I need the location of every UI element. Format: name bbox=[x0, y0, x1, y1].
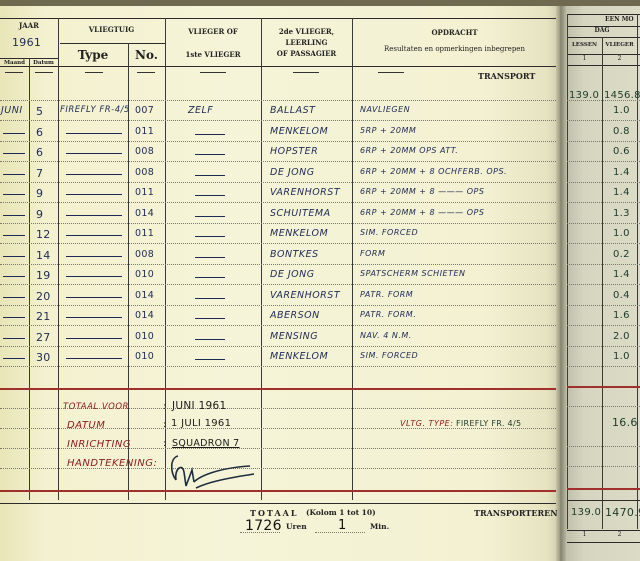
entry-month-ditto bbox=[3, 174, 25, 175]
entry-mission: PATR. FORM. bbox=[360, 310, 416, 319]
row-rule bbox=[567, 366, 640, 367]
entry-mission: 6RP + 20mm + 8 ochferb. ops. bbox=[360, 167, 507, 176]
date-summary-value: 1 JULI 1961 bbox=[171, 418, 231, 429]
header-dash bbox=[5, 72, 23, 73]
colon: : bbox=[163, 439, 167, 449]
total-for-value: JUNI 1961 bbox=[172, 400, 227, 412]
right-col-left-edge bbox=[567, 14, 568, 529]
transport-label: TRANSPORT bbox=[478, 71, 535, 81]
entry-mission: 5RP + 20mm bbox=[360, 126, 416, 135]
entry-type-ditto bbox=[66, 317, 122, 318]
lessons-label: LESSEN bbox=[567, 42, 602, 48]
row-rule bbox=[567, 325, 640, 326]
entry-pilot-ditto bbox=[195, 175, 225, 176]
entry-pilot-hours: 2.0 bbox=[613, 331, 630, 342]
entry-date: 21 bbox=[36, 310, 51, 323]
entry-second-pilot: DE JONG bbox=[270, 167, 315, 178]
row-rule bbox=[0, 325, 556, 326]
type-label: Type bbox=[58, 49, 128, 63]
colon: : bbox=[163, 420, 167, 430]
entry-type-ditto bbox=[66, 338, 122, 339]
entry-date: 6 bbox=[36, 146, 43, 159]
unit-label: INRICHTING bbox=[67, 439, 131, 450]
row-rule bbox=[0, 141, 556, 142]
pilot-hours-label: VLIEGER bbox=[602, 42, 637, 48]
entry-aircraft-no: 011 bbox=[135, 228, 154, 239]
entry-second-pilot: BALLAST bbox=[270, 105, 315, 116]
no-label: No. bbox=[128, 49, 165, 63]
entry-aircraft-no: 011 bbox=[135, 126, 154, 137]
carry-lessons-value: 139.0 bbox=[571, 507, 601, 518]
header-dash bbox=[378, 72, 404, 73]
entry-pilot-hours: 0.8 bbox=[613, 126, 630, 137]
entry-pilot: ZELF bbox=[188, 105, 213, 116]
summary-dotted-rule bbox=[567, 406, 640, 407]
entry-pilot-ditto bbox=[195, 257, 225, 258]
entry-type-ditto bbox=[66, 174, 122, 175]
entry-pilot-ditto bbox=[195, 298, 225, 299]
signature-label: HANDTEKENING: bbox=[67, 458, 157, 469]
row-rule bbox=[0, 284, 556, 285]
entry-aircraft-no: 014 bbox=[135, 208, 154, 219]
right-header-rule bbox=[567, 54, 640, 55]
right-footer-rule bbox=[567, 500, 640, 501]
pilot-label-1: VLIEGER OF bbox=[165, 28, 261, 36]
entry-date: 5 bbox=[36, 105, 43, 118]
entry-aircraft-no: 008 bbox=[135, 249, 154, 260]
header-dash bbox=[137, 72, 155, 73]
row-rule bbox=[0, 223, 556, 224]
entry-pilot-hours: 1.4 bbox=[613, 187, 630, 198]
mission-sublabel: Resultaten en opmerkingen inbegrepen bbox=[352, 45, 557, 53]
entry-type-ditto bbox=[66, 215, 122, 216]
logbook-right-page bbox=[560, 4, 640, 561]
entry-second-pilot: VARENHORST bbox=[270, 290, 340, 301]
entry-second-pilot: BONTKES bbox=[270, 249, 319, 260]
row-rule bbox=[567, 120, 640, 121]
row-rule bbox=[567, 182, 640, 183]
entry-second-pilot: MENKELOM bbox=[270, 126, 328, 137]
entry-month: JUNI bbox=[1, 105, 23, 116]
colon: : bbox=[163, 402, 167, 412]
total-for-label: TOTAAL VOOR bbox=[63, 402, 129, 412]
entry-pilot-ditto bbox=[195, 236, 225, 237]
header-bottom-rule bbox=[0, 66, 556, 67]
total-label: TOTAAL bbox=[250, 508, 298, 518]
entry-second-pilot: SCHUITEMA bbox=[270, 208, 331, 219]
entry-month-ditto bbox=[3, 338, 25, 339]
entry-second-pilot: HOPSTER bbox=[270, 146, 318, 157]
total-hours-value: 1726 bbox=[245, 518, 282, 534]
row-rule bbox=[567, 305, 640, 306]
summary-top-rule-right bbox=[567, 386, 640, 388]
footer-col1-number: 1 bbox=[567, 532, 602, 539]
entry-second-pilot: DE JONG bbox=[270, 269, 315, 280]
entry-pilot-hours: 0.6 bbox=[613, 146, 630, 157]
entry-aircraft-no: 014 bbox=[135, 290, 154, 301]
year-value: 1961 bbox=[12, 36, 41, 49]
entry-pilot-ditto bbox=[195, 154, 225, 155]
header-dash bbox=[35, 72, 53, 73]
entry-month-ditto bbox=[3, 133, 25, 134]
date-summary-label: DATUM bbox=[67, 420, 105, 431]
entry-second-pilot: ABERSON bbox=[270, 310, 320, 321]
entry-month-ditto bbox=[3, 215, 25, 216]
row-rule bbox=[0, 305, 556, 306]
row-rule bbox=[0, 366, 556, 367]
entry-month-ditto bbox=[3, 256, 25, 257]
entry-date: 14 bbox=[36, 249, 51, 262]
right-footer-rule bbox=[567, 530, 640, 531]
entry-aircraft-no: 014 bbox=[135, 310, 154, 321]
entry-pilot-ditto bbox=[195, 359, 225, 360]
footer-col2-number: 2 bbox=[602, 532, 637, 539]
entry-type-ditto bbox=[66, 133, 122, 134]
entry-second-pilot: MENKELOM bbox=[270, 351, 328, 362]
page-top-edge bbox=[0, 0, 640, 6]
aircraft-label: VLIEGTUIG bbox=[58, 26, 165, 34]
entry-pilot-hours: 1.3 bbox=[613, 208, 630, 219]
row-rule bbox=[0, 120, 556, 121]
entry-pilot-ditto bbox=[195, 216, 225, 217]
date-label: Datum bbox=[29, 60, 58, 66]
entry-pilot-hours: 0.4 bbox=[613, 290, 630, 301]
row-rule bbox=[0, 346, 556, 347]
entry-mission: FORM bbox=[360, 249, 385, 258]
book-spine bbox=[556, 0, 566, 561]
entry-pilot-hours: 0.2 bbox=[613, 249, 630, 260]
entry-date: 30 bbox=[36, 351, 51, 364]
entry-mission: 6RP + 20mm + 8 ——— ops bbox=[360, 208, 484, 217]
row-rule bbox=[0, 100, 556, 101]
col2-number: 2 bbox=[602, 56, 637, 63]
entry-month-ditto bbox=[3, 235, 25, 236]
entry-pilot-ditto bbox=[195, 318, 225, 319]
entry-aircraft-no: 008 bbox=[135, 146, 154, 157]
right-footer-rule bbox=[567, 542, 640, 543]
entry-month-ditto bbox=[3, 297, 25, 298]
entry-pilot-ditto bbox=[195, 134, 225, 135]
row-rule bbox=[0, 161, 556, 162]
entry-aircraft-no: 010 bbox=[135, 269, 154, 280]
entry-pilot-hours: 1.0 bbox=[613, 351, 630, 362]
entry-mission: 6RP + 20mm + 8 ——— ops bbox=[360, 187, 484, 196]
entry-mission: SIM. FORCED bbox=[360, 228, 418, 237]
row-rule bbox=[567, 161, 640, 162]
summary-bottom-rule bbox=[0, 490, 556, 492]
row-rule bbox=[567, 141, 640, 142]
day-label: DAG bbox=[567, 28, 637, 35]
aircraft-type-label: VLTG. TYPE: bbox=[400, 419, 453, 428]
entry-type-ditto bbox=[66, 153, 122, 154]
minutes-label: Min. bbox=[370, 522, 389, 531]
header-dash bbox=[293, 72, 319, 73]
col-divider-month bbox=[29, 58, 30, 500]
right-header-top-rule bbox=[567, 14, 640, 15]
entry-mission: NAVLIEGEN bbox=[360, 105, 410, 114]
entry-aircraft-no: 010 bbox=[135, 331, 154, 342]
entry-pilot-hours: 1.4 bbox=[613, 269, 630, 280]
entry-mission: SPATSCHERM SCHIETEN bbox=[360, 269, 466, 278]
entry-date: 6 bbox=[36, 126, 43, 139]
aircraft-subheader-rule bbox=[60, 43, 165, 44]
entry-date: 9 bbox=[36, 208, 43, 221]
summary-dotted-rule bbox=[567, 446, 640, 447]
row-rule bbox=[567, 100, 640, 101]
right-header-bottom-rule bbox=[567, 65, 640, 66]
summary-bottom-rule-right bbox=[567, 488, 640, 490]
footer-rule bbox=[0, 503, 556, 504]
entry-aircraft-no: 011 bbox=[135, 187, 154, 198]
carry-forward-label: TRANSPORTEREN bbox=[474, 508, 558, 518]
entry-month-ditto bbox=[3, 358, 25, 359]
pilot-label-2: 1ste VLIEGER bbox=[165, 51, 261, 59]
header-dash bbox=[85, 72, 103, 73]
entry-date: 9 bbox=[36, 187, 43, 200]
carry-pilot-value: 1470.9 bbox=[605, 506, 640, 519]
total-sublabel: (Kolom 1 tot 10) bbox=[306, 508, 376, 517]
entry-second-pilot: MENKELOM bbox=[270, 228, 328, 239]
entry-aircraft-no: 010 bbox=[135, 351, 154, 362]
aircraft-type-value: FIREFLY FR. 4/5 bbox=[456, 419, 521, 428]
row-rule bbox=[567, 243, 640, 244]
row-rule bbox=[567, 264, 640, 265]
entry-mission: 6RP + 20mm ops att. bbox=[360, 146, 458, 155]
entry-aircraft-no: 008 bbox=[135, 167, 154, 178]
entry-second-pilot: MENSING bbox=[270, 331, 318, 342]
entry-month-ditto bbox=[3, 153, 25, 154]
entry-mission: NAV. 4 n.m. bbox=[360, 331, 412, 340]
header-top-rule bbox=[0, 18, 556, 19]
entry-pilot-ditto bbox=[195, 277, 225, 278]
entry-type-ditto bbox=[66, 297, 122, 298]
entry-date: 19 bbox=[36, 269, 51, 282]
entry-month-ditto bbox=[3, 276, 25, 277]
entry-mission: PATR. FORM bbox=[360, 290, 413, 299]
total-minutes-value: 1 bbox=[338, 518, 347, 533]
entry-type-ditto bbox=[66, 235, 122, 236]
entry-date: 7 bbox=[36, 167, 43, 180]
col1-number: 1 bbox=[567, 56, 602, 63]
entry-pilot-ditto bbox=[195, 195, 225, 196]
right-header-rule bbox=[567, 37, 640, 38]
hours-label: Uren bbox=[286, 522, 307, 531]
entry-pilot-ditto bbox=[195, 339, 225, 340]
summary-top-rule bbox=[0, 388, 556, 390]
header-dash bbox=[200, 72, 226, 73]
second-pilot-label-2: LEERLING bbox=[261, 39, 352, 47]
row-rule bbox=[0, 182, 556, 183]
entry-pilot-hours: 1.6 bbox=[613, 310, 630, 321]
mission-label: OPDRACHT bbox=[352, 29, 557, 37]
right-group-label: EEN MO bbox=[605, 17, 640, 24]
entry-pilot-hours: 1.0 bbox=[613, 228, 630, 239]
row-rule bbox=[0, 202, 556, 203]
entry-mission: SIM. FORCED bbox=[360, 351, 418, 360]
second-pilot-label-3: OF PASSAGIER bbox=[261, 50, 352, 58]
entry-type-ditto bbox=[66, 256, 122, 257]
signature-icon bbox=[168, 452, 258, 492]
logbook-left-page bbox=[0, 0, 570, 561]
second-pilot-label-1: 2de VLIEGER, bbox=[261, 28, 352, 36]
summary-dotted-rule bbox=[567, 466, 640, 467]
entry-date: 27 bbox=[36, 331, 51, 344]
entry-aircraft-type: FIREFLY FR-4/5 bbox=[60, 105, 130, 115]
row-rule bbox=[0, 264, 556, 265]
entry-date: 12 bbox=[36, 228, 51, 241]
row-rule bbox=[567, 223, 640, 224]
entry-aircraft-no: 007 bbox=[135, 105, 154, 116]
entry-month-ditto bbox=[3, 194, 25, 195]
month-label: Maand bbox=[0, 60, 29, 66]
entry-month-ditto bbox=[3, 317, 25, 318]
entry-type-ditto bbox=[66, 194, 122, 195]
year-label: JAAR bbox=[0, 22, 58, 30]
row-rule bbox=[567, 346, 640, 347]
row-rule bbox=[567, 284, 640, 285]
entry-second-pilot: VARENHORST bbox=[270, 187, 340, 198]
entry-type-ditto bbox=[66, 358, 122, 359]
row-rule bbox=[567, 202, 640, 203]
row-rule bbox=[0, 243, 556, 244]
unit-value: SQUADRON 7 bbox=[172, 438, 240, 449]
month-total-hours: 16.6 bbox=[612, 416, 638, 429]
entry-type-ditto bbox=[66, 276, 122, 277]
entry-date: 20 bbox=[36, 290, 51, 303]
entry-pilot-hours: 1.4 bbox=[613, 167, 630, 178]
entry-pilot-hours: 1.0 bbox=[613, 105, 630, 116]
right-col-divider bbox=[602, 37, 603, 529]
